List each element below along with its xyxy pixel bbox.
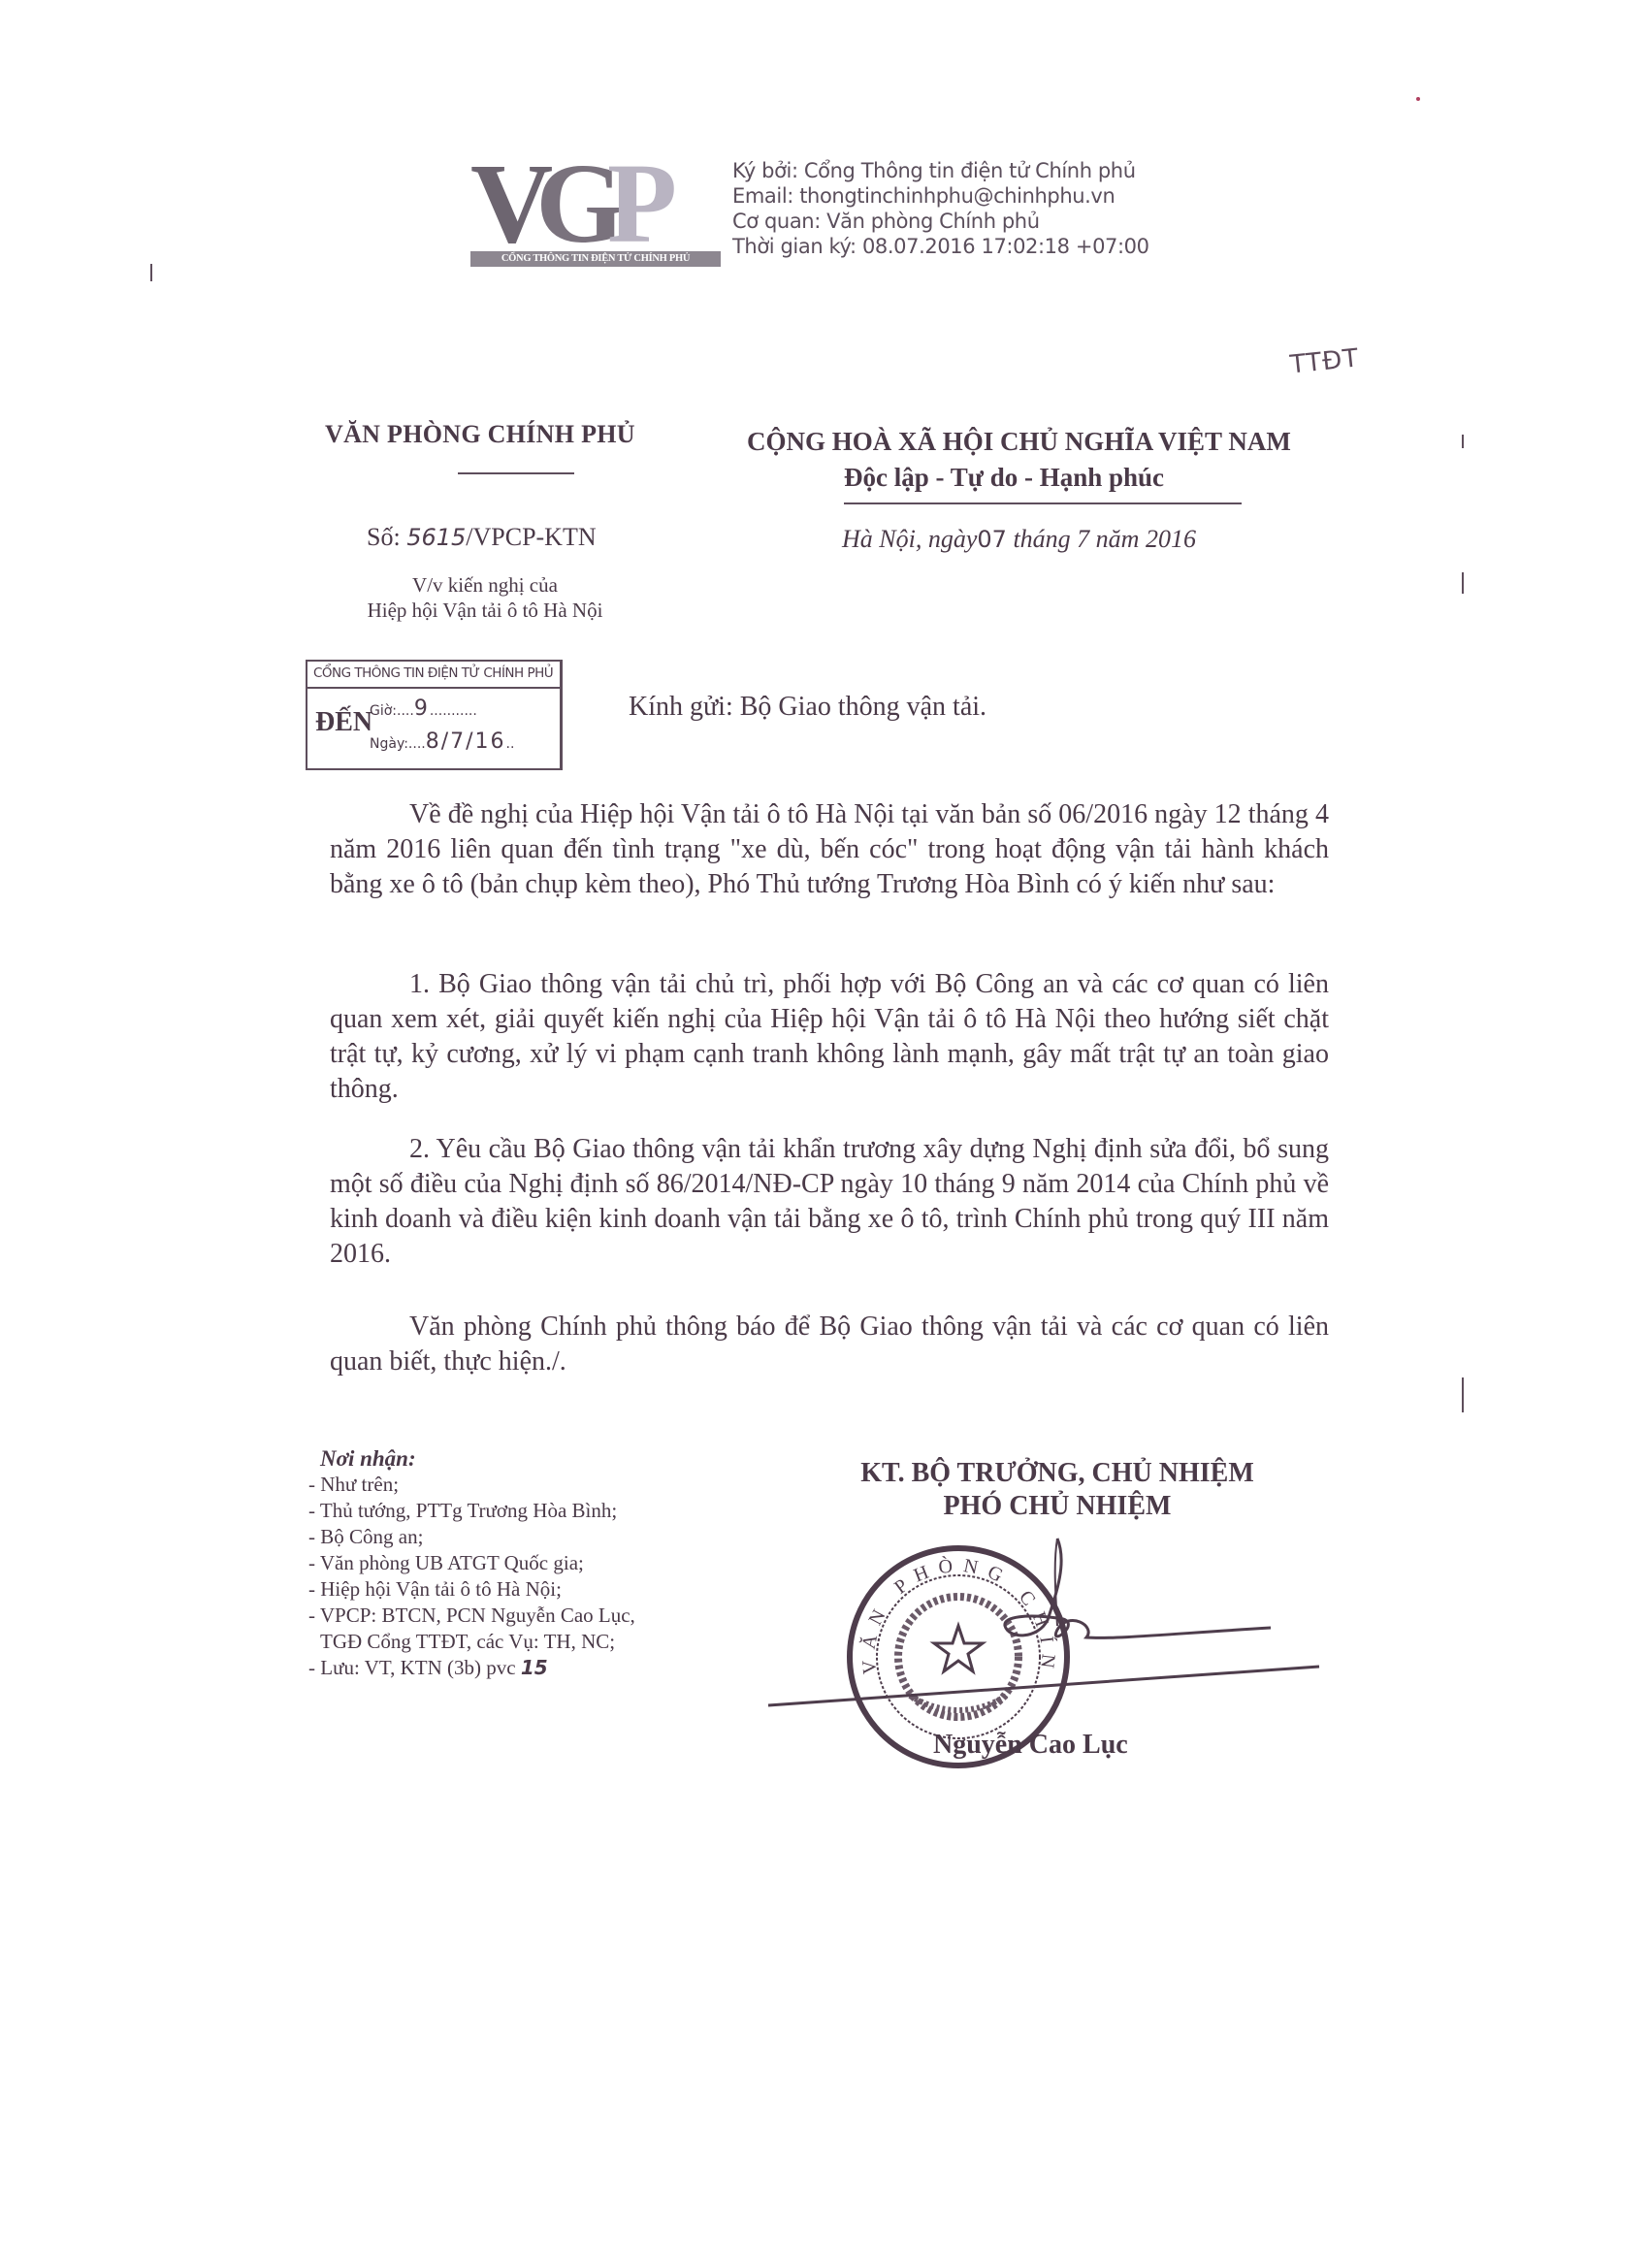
recipients-title: Nơi nhận: [320,1445,635,1472]
signature-title: KT. BỘ TRƯỞNG, CHỦ NHIỆM PHÓ CHỦ NHIỆM [834,1457,1280,1523]
body-paragraph: 1. Bộ Giao thông vận tải chủ trì, phối h… [330,967,1329,1107]
signing-time: Thời gian ký: 08.07.2016 17:02:18 +07:00 [732,234,1149,259]
stamp-header: CỔNG THÔNG TIN ĐIỆN TỬ CHÍNH PHỦ [313,665,553,681]
handwritten-doc-number: 5615 [406,524,466,551]
handwritten-note: TTĐT [1289,343,1361,379]
handwritten-day: 07 [977,526,1007,553]
agency-underline [458,472,574,474]
stamp-date: Ngày:....8/7/16.. [370,729,514,754]
recipient-item: - Văn phòng UB ATGT Quốc gia; [308,1550,635,1576]
place-date: Hà Nội, ngày07 tháng 7 năm 2016 [842,525,1196,554]
recipient-item: TGĐ Cổng TTĐT, các Vụ: TH, NC; [308,1629,635,1655]
recipient-item: - VPCP: BTCN, PCN Nguyễn Cao Lục, [308,1603,635,1629]
signer-agency: Cơ quan: Văn phòng Chính phủ [732,209,1149,234]
signer-name: Nguyễn Cao Lục [933,1730,1128,1761]
scan-mark [150,264,152,281]
national-motto: Độc lập - Tự do - Hạnh phúc [844,463,1164,493]
digital-signature-info: Ký bởi: Cổng Thông tin điện tử Chính phủ… [732,158,1149,259]
body-paragraph: Văn phòng Chính phủ thông báo để Bộ Giao… [330,1310,1329,1379]
scan-mark [1416,97,1420,101]
stamp-label: ĐẾN [315,707,372,738]
vgp-logo-letters: VGP [470,150,660,257]
scan-mark [1462,435,1464,448]
recipient-item: - Lưu: VT, KTN (3b) pvc 15 [308,1655,635,1681]
received-stamp: CỔNG THÔNG TIN ĐIỆN TỬ CHÍNH PHỦ ĐẾN Giờ… [306,660,563,770]
recipient-item: - Thủ tướng, PTTg Trương Hòa Bình; [308,1498,635,1524]
body-paragraph: Về đề nghị của Hiệp hội Vận tải ô tô Hà … [330,797,1329,902]
scan-mark [1462,1377,1464,1412]
stamp-divider [307,687,560,689]
recipient-item: - Như trên; [308,1472,635,1498]
motto-underline [844,502,1242,504]
issuing-agency: VĂN PHÒNG CHÍNH PHỦ [325,420,635,449]
national-title: CỘNG HOÀ XÃ HỘI CHỦ NGHĨA VIỆT NAM [747,427,1291,457]
body-paragraph: 2. Yêu cầu Bộ Giao thông vận tải khẩn tr… [330,1132,1329,1272]
salutation: Kính gửi: Bộ Giao thông vận tải. [629,692,986,723]
vgp-logo-band: CỔNG THÔNG TIN ĐIỆN TỬ CHÍNH PHỦ [470,251,721,267]
handwritten-copies: 15 [521,1656,548,1679]
signer-email: Email: thongtinchinhphu@chinhphu.vn [732,183,1149,209]
stamp-time: Giờ:....9........... [370,697,477,721]
vgp-logo: VGP CỔNG THÔNG TIN ĐIỆN TỬ CHÍNH PHỦ [470,150,708,267]
recipient-item: - Hiệp hội Vận tải ô tô Hà Nội; [308,1576,635,1603]
signed-by: Ký bởi: Cổng Thông tin điện tử Chính phủ [732,158,1149,183]
document-subject: V/v kiến nghị của Hiệp hội Vận tải ô tô … [310,572,660,623]
recipient-item: - Bộ Công an; [308,1524,635,1550]
scan-mark [1462,572,1464,594]
recipients-list: Nơi nhận: - Như trên; - Thủ tướng, PTTg … [308,1445,635,1681]
document-number: Số: 5615/VPCP-KTN [367,523,597,552]
